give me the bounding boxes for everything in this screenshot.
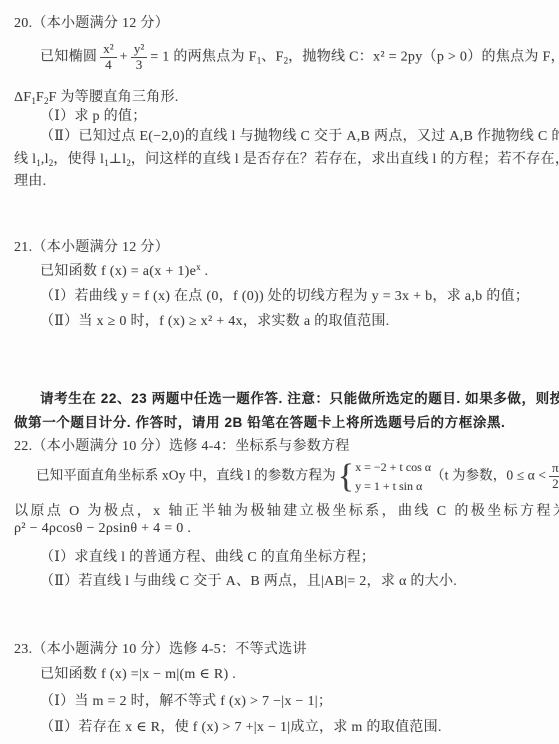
triangle-post: F 为等腰直角三角形. — [48, 90, 178, 105]
q20-intro-line: 已知椭圆x²4+y²3= 1 的两焦点为 F1、F2，抛物线 C：x² = 2p… — [40, 42, 559, 73]
q22-intro-line: 已知平面直角坐标系 xOy 中，直线 l 的参数方程为{x = −2 + t c… — [36, 458, 559, 495]
q23-part2: （Ⅱ）若存在 x ∈ R，使 f (x) > 7 +|x − 1|成立，求 m … — [40, 716, 442, 736]
q22-polar-equation: ρ² − 4ρcosθ − 2ρsinθ + 4 = 0 . — [14, 521, 191, 537]
system-brace: { — [338, 460, 354, 494]
q20-part2-line2: 线 l1,l2，使得 l1⊥l2，问这样的直线 l 是否存在？若存在，求出直线 … — [14, 148, 559, 168]
plus-sign: + — [120, 50, 128, 65]
q21-part1: （Ⅰ）若曲线 y = f (x) 在点 (0，f (0)) 处的切线方程为 y … — [40, 285, 529, 305]
q20-intro-mid2: 、F — [261, 50, 283, 65]
q20-part2-line3: 理由. — [14, 170, 46, 190]
q23-intro-line: 已知函数 f (x) =|x − m|(m ∈ R) . — [40, 663, 236, 683]
q20-intro-mid: = 1 的两焦点为 F — [150, 50, 256, 65]
p2-mid1: ,l — [41, 152, 49, 167]
q22-intro-pre: 已知平面直角坐标系 xOy 中，直线 l 的参数方程为 — [36, 468, 336, 483]
q21-header: 21.（本小题满分 12 分） — [14, 236, 169, 256]
notice-line1: 请考生在 22、23 两题中任选一题作答. 注意：只能做所选定的题目. 如果多做… — [40, 387, 559, 407]
p2-pre: 线 l — [14, 152, 36, 167]
q23-part1: （Ⅰ）当 m = 2 时，解不等式 f (x) > 7 −|x − 1|； — [40, 690, 332, 710]
q20-triangle-line: ΔF1F2F 为等腰直角三角形. — [14, 86, 179, 106]
fraction-denominator: 4 — [100, 57, 116, 73]
q22-line2: 以原点 O 为极点，x 轴正半轴为极轴建立极坐标系，曲线 C 的极坐标方程为 — [14, 500, 559, 520]
ellipse-fraction-y: y²3 — [131, 42, 147, 73]
fraction-denominator: 2 — [549, 476, 559, 492]
q20-intro-pre: 已知椭圆 — [40, 50, 97, 65]
q20-part2-line1: （Ⅱ）已知过点 E(−2,0)的直线 l 与抛物线 C 交于 A,B 两点，又过… — [40, 125, 559, 145]
fraction-denominator: 3 — [131, 57, 147, 73]
triangle-pre: ΔF — [14, 90, 31, 105]
q21-intro-pre: 已知函数 f (x) = a(x + 1)e — [40, 264, 196, 279]
notice-line2: 做第一个题目计分. 作答时，请用 2B 铅笔在答题卡上将所选题号后的方框涂黑. — [14, 411, 505, 431]
parametric-eq-x: x = −2 + t cos α — [355, 458, 431, 477]
p2-post: ，问这样的直线 l 是否存在？若存在，求出直线 l 的方程；若不存在，说明 — [131, 152, 559, 167]
fraction-numerator: y² — [131, 42, 147, 57]
pi-over-2-fraction: π2 — [549, 461, 559, 492]
parametric-equations: x = −2 + t cos αy = 1 + t sin α — [355, 458, 431, 495]
parametric-eq-y: y = 1 + t sin α — [355, 477, 431, 496]
exam-page: 20.（本小题满分 12 分） 已知椭圆x²4+y²3= 1 的两焦点为 F1、… — [0, 0, 559, 744]
q23-header: 23.（本小题满分 10 分）选修 4-5：不等式选讲 — [14, 638, 307, 658]
q22-part2: （Ⅱ）若直线 l 与曲线 C 交于 A、B 两点，且|AB|= 2，求 α 的大… — [40, 570, 457, 590]
fraction-numerator: π — [549, 461, 559, 476]
p2-mid2: ，使得 l — [53, 152, 104, 167]
q20-intro-post: ，抛物线 C：x² = 2py（p > 0）的焦点为 F， — [288, 50, 559, 65]
q22-header: 22.（本小题满分 10 分）选修 4-4：坐标系与参数方程 — [14, 435, 350, 455]
perpendicular-sign: ⊥l — [109, 152, 127, 167]
q22-intro-mid: （t 为参数，0 ≤ α < — [431, 468, 546, 483]
q21-intro-post: . — [201, 264, 209, 279]
q21-part2: （Ⅱ）当 x ≥ 0 时，f (x) ≥ x² + 4x，求实数 a 的取值范围… — [40, 310, 389, 330]
q22-part1: （Ⅰ）求直线 l 的普通方程、曲线 C 的直角坐标方程； — [40, 546, 375, 566]
ellipse-fraction-x: x²4 — [100, 42, 116, 73]
q20-part1: （Ⅰ）求 p 的值； — [40, 105, 147, 125]
triangle-mid: F — [36, 90, 44, 105]
q21-intro-line: 已知函数 f (x) = a(x + 1)ex . — [40, 260, 208, 280]
q20-header: 20.（本小题满分 12 分） — [14, 12, 169, 32]
fraction-numerator: x² — [100, 42, 116, 57]
